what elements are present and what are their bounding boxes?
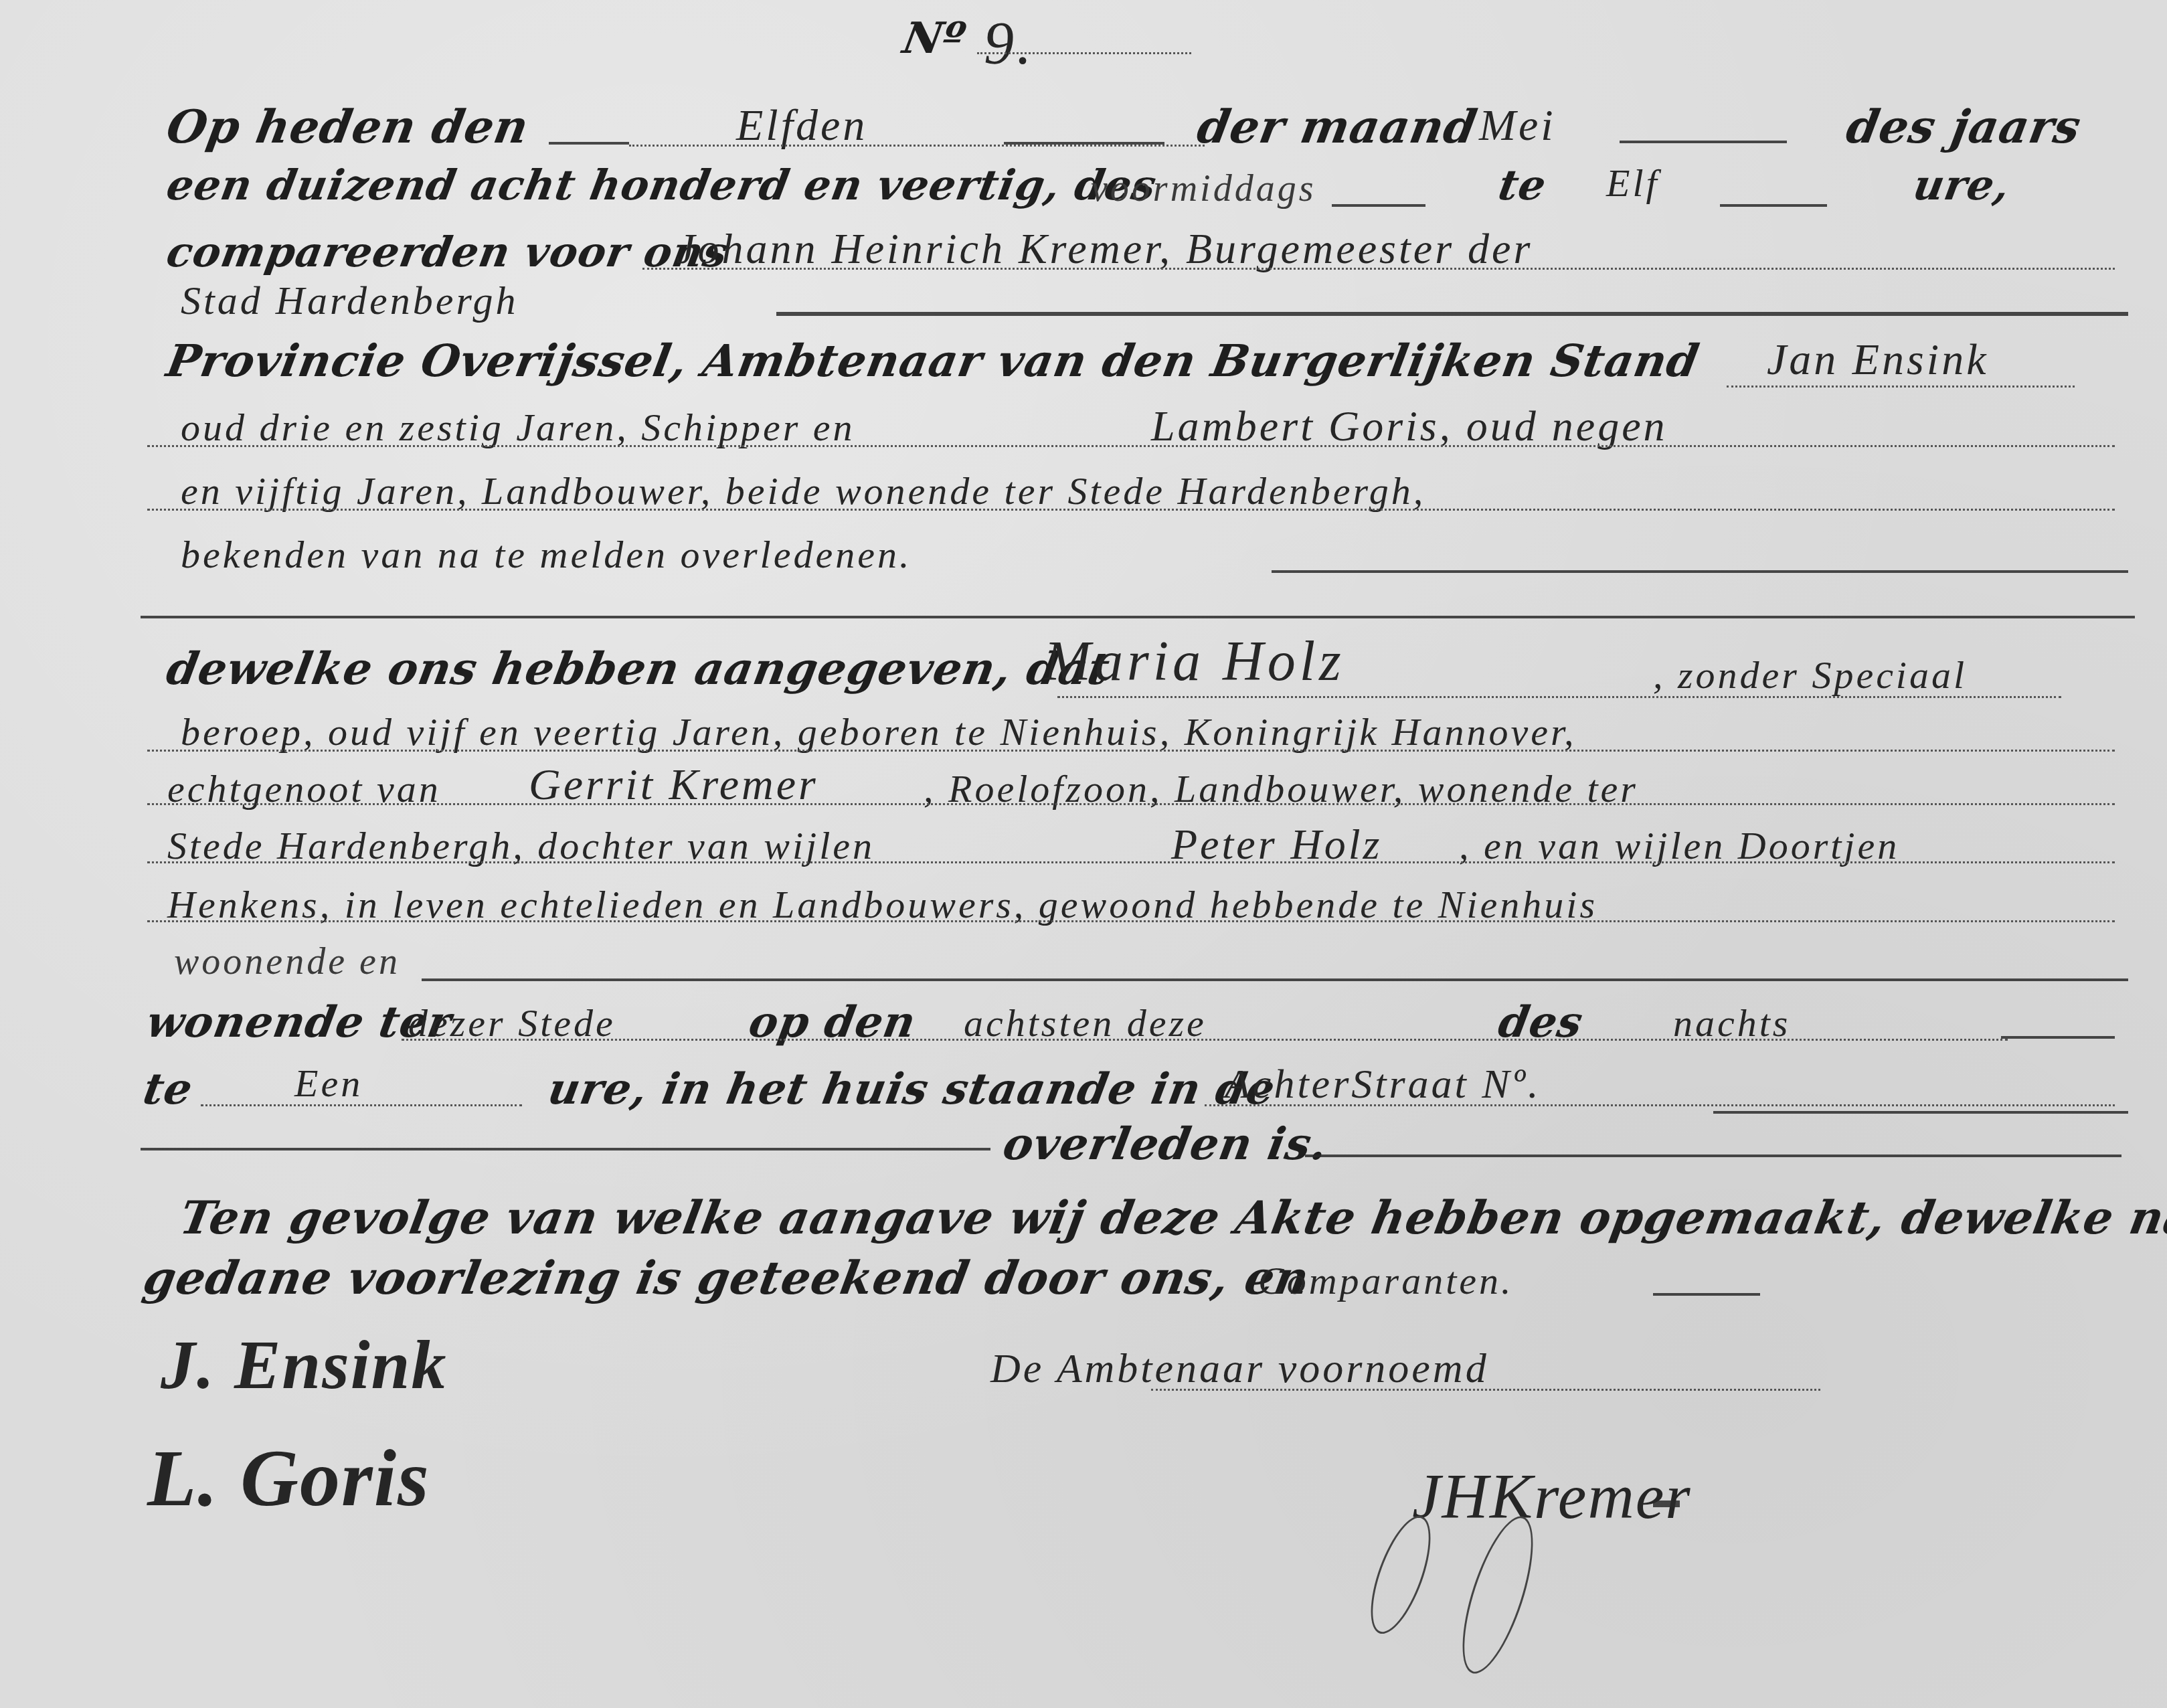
form-text-l1-c: des jaars <box>1842 100 2085 154</box>
fill-line <box>1057 696 2061 698</box>
fill-rule <box>141 1148 990 1150</box>
fill-rule <box>422 978 2128 981</box>
fill-line <box>1151 1389 1820 1391</box>
form-text-l2-b: te <box>1495 161 1551 209</box>
fill-line <box>147 445 2115 447</box>
fill-deceased-name: Maria Holz <box>1044 629 1345 694</box>
form-text-l9: dewelke ons hebben aangegeven, dat <box>163 643 1114 695</box>
record-number-label: Nº <box>899 13 970 64</box>
fill-line <box>629 145 1205 147</box>
form-text-l5: Provincie Overijssel, Ambtenaar van den … <box>163 335 1703 387</box>
fill-rule <box>1713 1111 2128 1114</box>
official-label: De Ambtenaar voornoemd <box>990 1345 1489 1393</box>
blank-line <box>1653 1293 1760 1296</box>
fill-witness-2-details: en vijftig Jaren, Landbouwer, beide wone… <box>181 468 1425 513</box>
signature-official: JHKremer <box>1412 1459 1692 1533</box>
fill-relation: bekenden van na te melden overledenen. <box>181 532 912 577</box>
death-record-page: Nº 9. Op heden den Elfden der maand Mei … <box>0 0 2167 1708</box>
blank-line <box>1332 204 1425 207</box>
fill-hour-of-death: Een <box>294 1061 363 1106</box>
fill-official-name: Johann Heinrich Kremer, Burgemeester der <box>676 224 1533 274</box>
form-text-l1-a: Op heden den <box>163 100 533 154</box>
fill-line <box>147 750 2115 752</box>
signature-witness-2: L. Goris <box>147 1432 430 1525</box>
fill-line <box>1205 1104 2115 1106</box>
fill-rule <box>141 616 2135 618</box>
fill-day: Elfden <box>736 100 867 151</box>
form-text-l1-b: der maand <box>1193 100 1481 154</box>
fill-address: AchterStraat Nº. <box>1225 1061 1541 1108</box>
fill-month: Mei <box>1479 100 1556 151</box>
form-text-l2-a: een duizend acht honderd en veertig, des <box>163 161 1160 209</box>
fill-deceased-details: beroep, oud vijf en veertig Jaren, gebor… <box>181 709 1577 754</box>
fill-line <box>642 268 2115 270</box>
fill-hour: Elf <box>1606 161 1660 205</box>
form-text-l16-a: te <box>139 1064 197 1114</box>
fill-line <box>201 1104 522 1106</box>
fill-witness-1: Jan Ensink <box>1767 335 1988 386</box>
blank-line <box>1620 141 1787 143</box>
signature-underline <box>1653 1501 1680 1507</box>
form-text-l16-b: ure, in het huis staande in de <box>544 1064 1279 1114</box>
fill-rule <box>1272 570 2128 573</box>
fill-line <box>147 920 2115 922</box>
blank-line <box>549 142 629 145</box>
fill-witness-1-details: oud drie en zestig Jaren, Schipper en <box>181 405 855 450</box>
form-text-l17: overleden is. <box>999 1118 1332 1170</box>
record-number-value: 9. <box>984 9 1035 78</box>
fill-line <box>147 861 2115 863</box>
fill-daypart: voormiddags <box>1091 167 1316 210</box>
form-text-l2-c: ure, <box>1910 161 2014 209</box>
fill-town: Stad Hardenbergh <box>181 278 519 324</box>
blank-line <box>1720 204 1827 207</box>
fill-rule <box>776 312 2128 316</box>
signature-witness-1: J. Ensink <box>161 1325 447 1405</box>
blank-line <box>1004 142 1164 145</box>
fill-line <box>147 509 2115 511</box>
fill-rule <box>1305 1155 2121 1157</box>
fill-line <box>1727 386 2075 388</box>
blank-line <box>2001 1036 2115 1039</box>
fill-occupation: , zonder Speciaal <box>1653 653 1967 697</box>
fill-comparants: Comparanten. <box>1258 1258 1514 1303</box>
fill-residence: woonende en <box>174 940 400 983</box>
signature-flourish <box>1448 1509 1547 1681</box>
form-text-l18: Ten gevolge van welke aangave wij deze A… <box>176 1191 2167 1245</box>
record-number-dots <box>977 52 1191 54</box>
fill-line <box>402 1039 2008 1041</box>
fill-line <box>147 803 2115 805</box>
form-text-l19: gedane voorlezing is geteekend door ons,… <box>139 1252 1314 1305</box>
fill-witness-2: Lambert Goris, oud negen <box>1151 402 1668 451</box>
